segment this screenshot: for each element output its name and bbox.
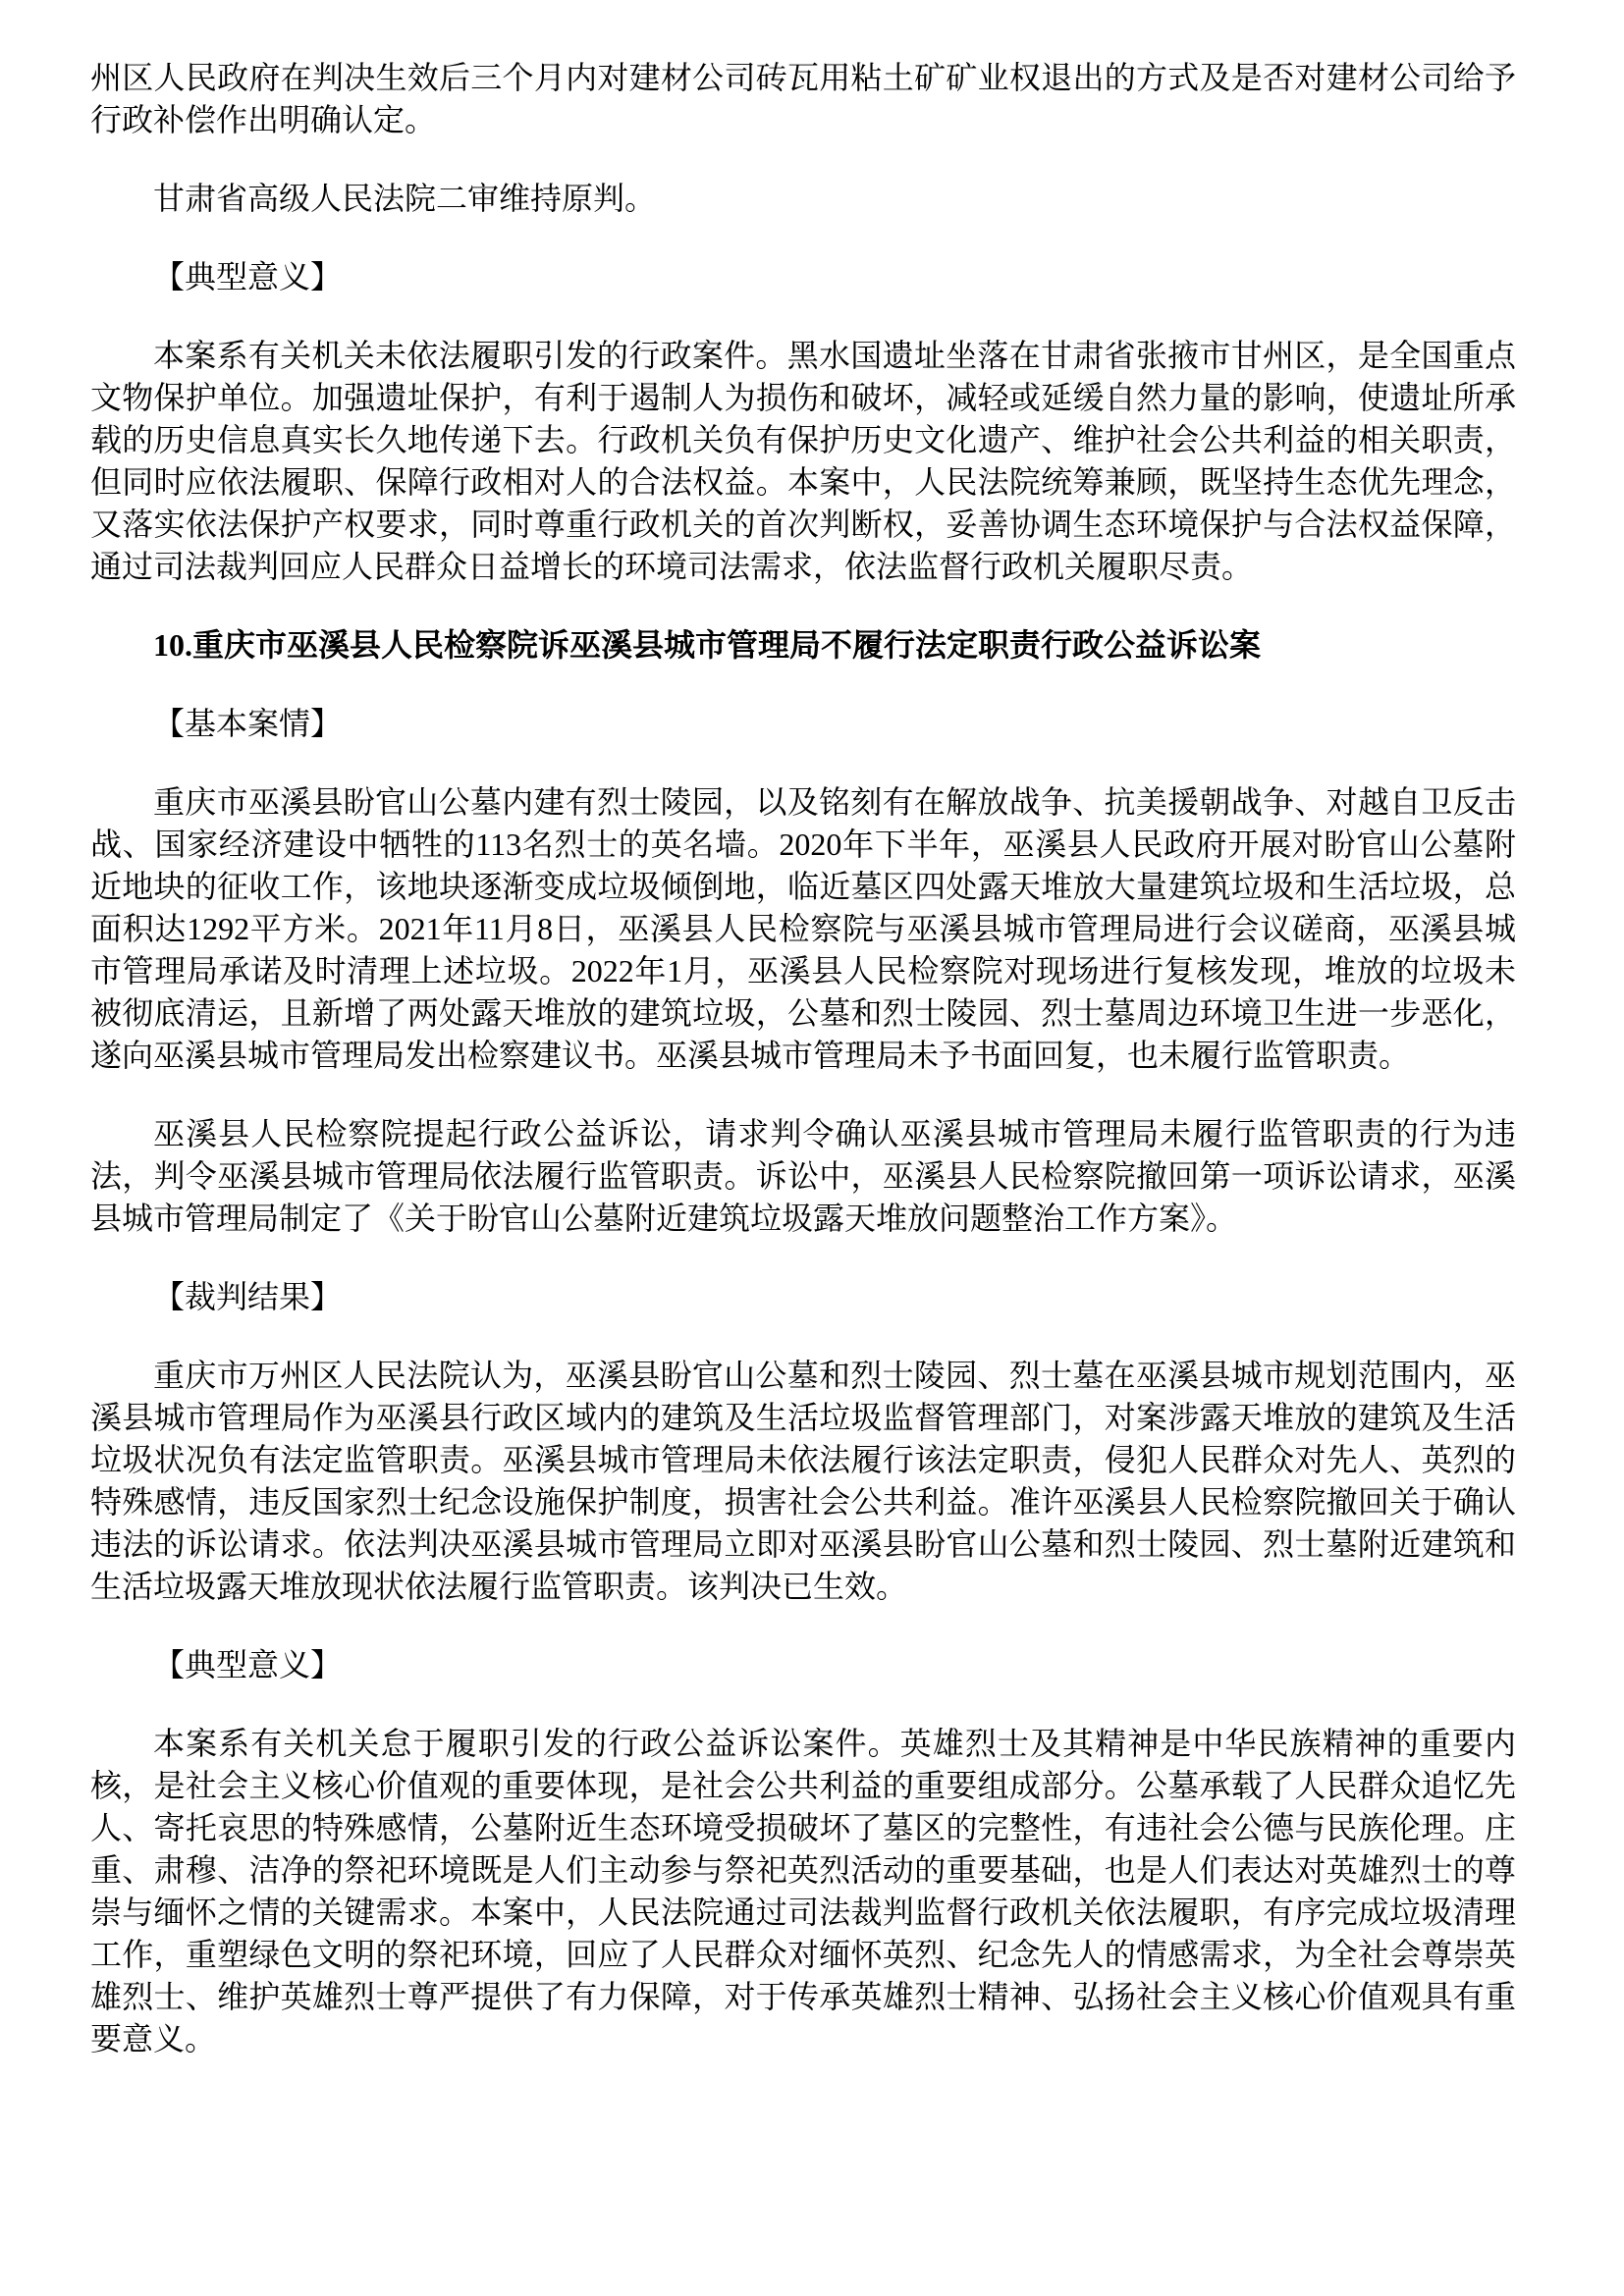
document-page: 州区人民政府在判决生效后三个月内对建材公司砖瓦用粘土矿矿业权退出的方式及是否对建… — [0, 0, 1624, 2296]
body-paragraph: 重庆市巫溪县盼官山公墓内建有烈士陵园，以及铭刻有在解放战争、抗美援朝战争、对越自… — [90, 781, 1516, 1077]
body-paragraph: 本案系有关机关未依法履职引发的行政案件。黑水国遗址坐落在甘肃省张掖市甘州区，是全… — [90, 335, 1516, 588]
body-paragraph: 本案系有关机关怠于履职引发的行政公益诉讼案件。英雄烈士及其精神是中华民族精神的重… — [90, 1723, 1516, 2060]
section-label: 【典型意义】 — [90, 256, 1516, 298]
case-title: 10.重庆市巫溪县人民检察院诉巫溪县城市管理局不履行法定职责行政公益诉讼案 — [90, 624, 1516, 667]
body-paragraph: 甘肃省高级人民法院二审维持原判。 — [90, 178, 1516, 220]
section-label: 【基本案情】 — [90, 703, 1516, 745]
section-label: 【裁判结果】 — [90, 1276, 1516, 1318]
body-paragraph: 重庆市万州区人民法院认为，巫溪县盼官山公墓和烈士陵园、烈士墓在巫溪县城市规划范围… — [90, 1355, 1516, 1608]
body-paragraph: 州区人民政府在判决生效后三个月内对建材公司砖瓦用粘土矿矿业权退出的方式及是否对建… — [90, 57, 1516, 141]
section-label: 【典型意义】 — [90, 1644, 1516, 1686]
body-paragraph: 巫溪县人民检察院提起行政公益诉讼，请求判令确认巫溪县城市管理局未履行监管职责的行… — [90, 1113, 1516, 1240]
